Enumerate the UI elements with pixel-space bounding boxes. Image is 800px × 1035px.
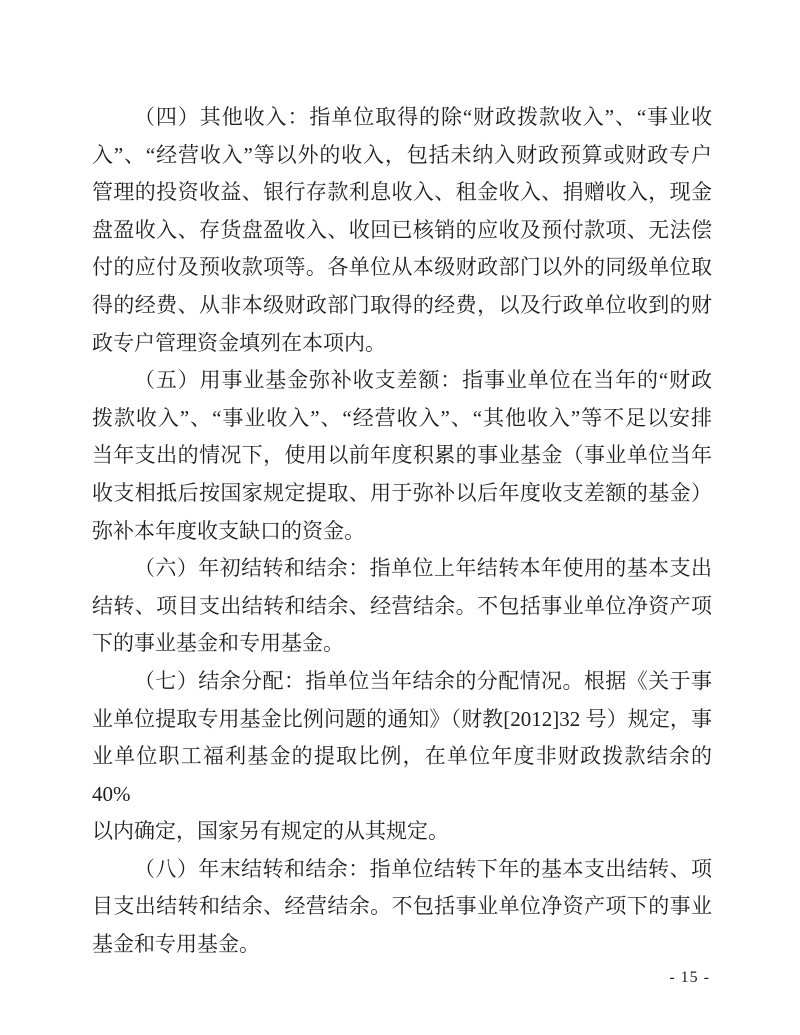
document-page: （四）其他收入：指单位取得的除“财政拨款收入”、“事业收 入”、“经营收入”等以… (0, 0, 800, 1035)
text-line: 业单位提取专用基金比例问题的通知》（财教[2012]32 号）规定，事 (92, 701, 712, 739)
text-line: 当年支出的情况下，使用以前年度积累的事业基金（事业单位当年 (92, 437, 712, 475)
text-line: 入”、“经营收入”等以外的收入，包括未纳入财政预算或财政专户 (92, 137, 712, 175)
text-line: 拨款收入”、“事业收入”、“经营收入”、“其他收入”等不足以安排 (92, 400, 712, 438)
text-line: 得的经费、从非本级财政部门取得的经费，以及行政单位收到的财 (92, 287, 712, 325)
paragraph-7-surplus-distribution: （七）结余分配：指单位当年结余的分配情况。根据《关于事 业单位提取专用基金比例问… (92, 663, 712, 851)
text-line: （五）用事业基金弥补收支差额：指事业单位在当年的“财政 (92, 362, 712, 400)
text-line: 管理的投资收益、银行存款利息收入、租金收入、捐赠收入，现金 (92, 174, 712, 212)
text-line: 付的应付及预收款项等。各单位从本级财政部门以外的同级单位取 (92, 249, 712, 287)
paragraph-6-beginning-balance: （六）年初结转和结余：指单位上年结转本年使用的基本支出 结转、项目支出结转和结余… (92, 550, 712, 663)
text-line: 盘盈收入、存货盘盈收入、收回已核销的应收及预付款项、无法偿 (92, 212, 712, 250)
text-line: 结转、项目支出结转和结余、经营结余。不包括事业单位净资产项 (92, 588, 712, 626)
text-line: 基金和专用基金。 (92, 926, 712, 964)
text-line: 下的事业基金和专用基金。 (92, 625, 712, 663)
text-line: 业单位职工福利基金的提取比例，在单位年度非财政拨款结余的 40% (92, 738, 712, 813)
text-line: （八）年末结转和结余：指单位结转下年的基本支出结转、项 (92, 851, 712, 889)
paragraph-4-other-income: （四）其他收入：指单位取得的除“财政拨款收入”、“事业收 入”、“经营收入”等以… (92, 99, 712, 362)
text-line: 收支相抵后按国家规定提取、用于弥补以后年度收支差额的基金） (92, 475, 712, 513)
text-line: （四）其他收入：指单位取得的除“财政拨款收入”、“事业收 (92, 99, 712, 137)
text-line: （六）年初结转和结余：指单位上年结转本年使用的基本支出 (92, 550, 712, 588)
page-number: - 15 - (669, 969, 710, 987)
text-line: 以内确定，国家另有规定的从其规定。 (92, 813, 712, 851)
paragraph-5-fund-offset: （五）用事业基金弥补收支差额：指事业单位在当年的“财政 拨款收入”、“事业收入”… (92, 362, 712, 550)
document-body: （四）其他收入：指单位取得的除“财政拨款收入”、“事业收 入”、“经营收入”等以… (92, 99, 712, 964)
paragraph-8-yearend-balance: （八）年末结转和结余：指单位结转下年的基本支出结转、项 目支出结转和结余、经营结… (92, 851, 712, 964)
text-line: 政专户管理资金填列在本项内。 (92, 325, 712, 363)
text-line: （七）结余分配：指单位当年结余的分配情况。根据《关于事 (92, 663, 712, 701)
text-line: 弥补本年度收支缺口的资金。 (92, 513, 712, 551)
text-line: 目支出结转和结余、经营结余。不包括事业单位净资产项下的事业 (92, 888, 712, 926)
